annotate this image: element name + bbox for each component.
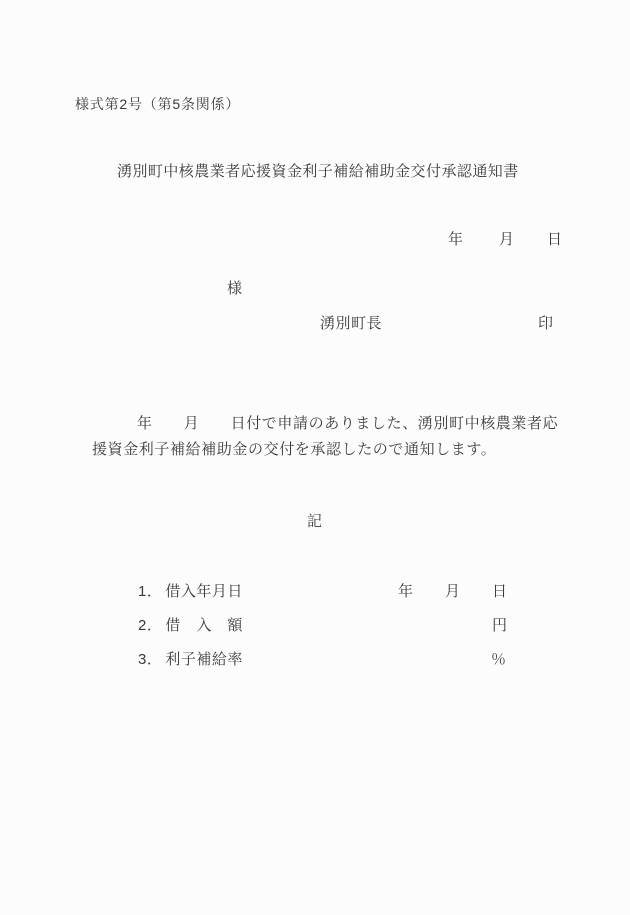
addressee-honorific: 様 [227, 281, 243, 296]
item-label-text: 借入年月日 [165, 583, 243, 600]
header-date-year-label: 年 [448, 232, 464, 247]
item-row-interest-subsidy-rate: 3．利子補給率 ％ [0, 652, 630, 668]
item-label-text: 利子補給率 [165, 651, 243, 668]
document-title: 湧別町中核農業者応援資金利子補給補助金交付承認通知書 [117, 164, 519, 179]
seal-placeholder: 印 [538, 316, 554, 331]
document-page: 様式第2号（第5条関係） 湧別町中核農業者応援資金利子補給補助金交付承認通知書 … [0, 0, 630, 915]
item-row-loan-amount: 2．借 入 額 円 [0, 618, 630, 634]
item-number: 3． [138, 651, 162, 668]
item-label-text: 借 入 額 [165, 617, 243, 634]
body-paragraph-line-2: 援資金利子補給補助金の交付を承認したので通知します。 [92, 442, 496, 457]
item-unit-month-label: 月 [445, 584, 460, 599]
section-marker-ki: 記 [307, 514, 323, 529]
item-number: 2． [138, 617, 162, 634]
item-label: 1．借入年月日 [138, 584, 243, 599]
header-date-day-label: 日 [547, 232, 563, 247]
item-unit-yen-label: 円 [492, 618, 507, 633]
item-unit-year-label: 年 [398, 584, 413, 599]
item-row-loan-date: 1．借入年月日 年 月 日 [0, 584, 630, 600]
body-paragraph-line-1: 年 月 日付で申請のありました、湧別町中核農業者応 [137, 416, 558, 431]
item-unit-percent-label: ％ [491, 652, 506, 667]
item-label: 2．借 入 額 [138, 618, 243, 633]
form-number: 様式第2号（第5条関係） [75, 97, 240, 111]
issuer-title: 湧別町長 [320, 316, 382, 331]
item-number: 1． [138, 583, 162, 600]
item-label: 3．利子補給率 [138, 652, 243, 667]
header-date-month-label: 月 [499, 232, 515, 247]
item-unit-day-label: 日 [492, 584, 507, 599]
